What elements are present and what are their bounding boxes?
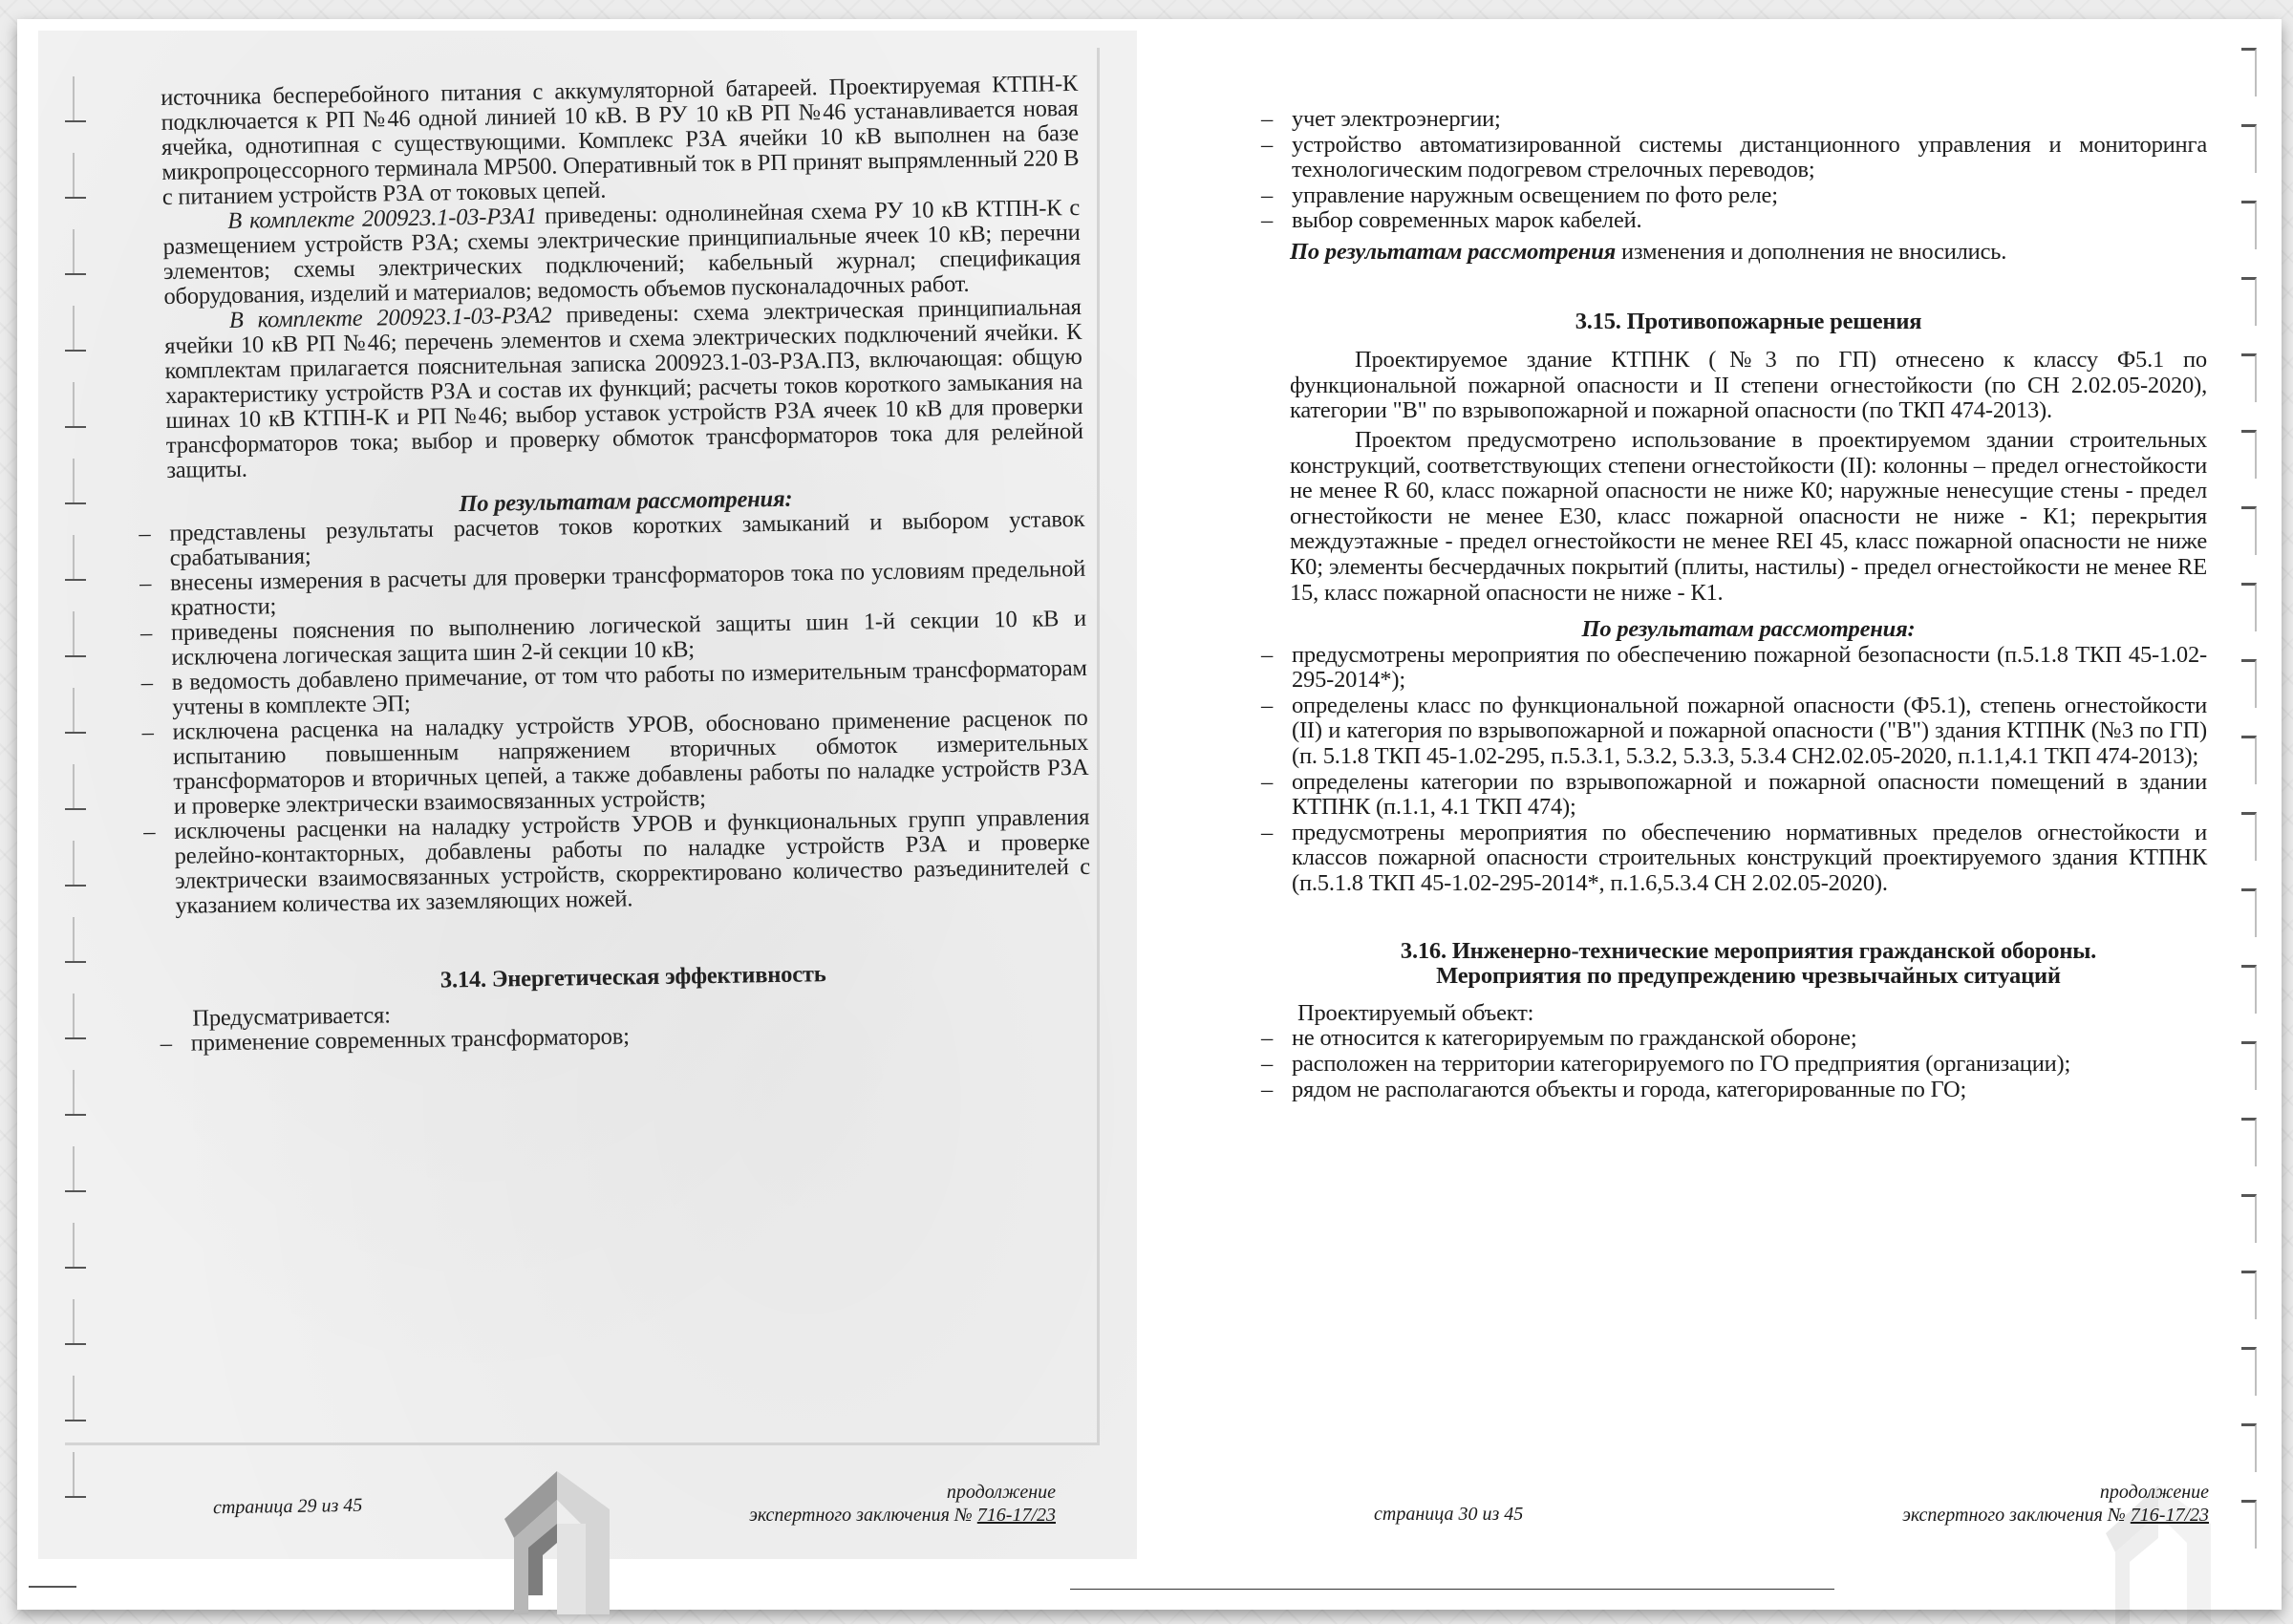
list-item: выбор современных марок кабелей. — [1261, 208, 2207, 234]
spiral-binding-left — [52, 57, 90, 1567]
organization-logo-icon — [504, 1471, 610, 1614]
binding-hole-icon — [2241, 888, 2257, 937]
list-item: учет электроэнергии; — [1261, 107, 2207, 133]
conclusion-number: 716-17/23 — [2131, 1505, 2209, 1526]
review-list: представлены результаты расчетов токов к… — [139, 507, 1090, 919]
divider — [29, 1586, 76, 1588]
binding-hole-icon — [2241, 353, 2257, 402]
list-item: определены категории по взрывопожарной и… — [1261, 770, 2207, 821]
binding-hole-icon — [73, 611, 88, 657]
section-intro: Проектируемый объект: — [1290, 1001, 2207, 1027]
result-text: изменения и дополнения не вносились. — [1616, 239, 2006, 265]
section-list: не относится к категорируемым по граждан… — [1261, 1026, 2207, 1102]
section-heading-3-15: 3.15. Противопожарные решения — [1290, 310, 2207, 335]
binding-hole-icon — [2241, 1041, 2257, 1090]
section-subheading-3-16: Мероприятия по предупреждению чрезвычайн… — [1290, 964, 2207, 990]
page-left-body: источника бесперебойного питания с аккум… — [161, 72, 1093, 1057]
binding-hole-icon — [73, 76, 88, 122]
continued-list: учет электроэнергии; устройство автомати… — [1261, 107, 2207, 234]
list-item: управление наружным освещением по фото р… — [1261, 183, 2207, 209]
binding-hole-icon — [2241, 1500, 2257, 1549]
list-item: предусмотрены мероприятия по обеспечению… — [1261, 821, 2207, 897]
spiral-binding-right — [2234, 38, 2262, 1586]
list-item: рядом не располагаются объекты и города,… — [1261, 1078, 2207, 1103]
list-item: не относится к категорируемым по граждан… — [1261, 1026, 2207, 1052]
binding-hole-icon — [73, 306, 88, 352]
result-lead: По результатам рассмотрения — [1290, 239, 1616, 265]
continuation-prefix: экспертного заключения № — [1902, 1505, 2131, 1526]
result-line: По результатам рассмотрения изменения и … — [1290, 240, 2207, 266]
page-left: источника бесперебойного питания с аккум… — [17, 19, 1146, 1610]
divider — [1070, 1589, 1834, 1590]
binding-hole-icon — [73, 535, 88, 581]
kit2-paragraph: В комплекте 200923.1-03-РЗА2 приведены: … — [164, 295, 1084, 483]
binding-hole-icon — [73, 688, 88, 734]
continuation-prefix: экспертного заключения № — [749, 1505, 977, 1526]
binding-hole-icon — [73, 1223, 88, 1269]
list-item: исключены расценки на наладку устройств … — [143, 805, 1091, 920]
binding-hole-icon — [73, 994, 88, 1039]
binding-hole-icon — [73, 459, 88, 504]
page-number: страница 30 из 45 — [1374, 1503, 1523, 1526]
review-list: предусмотрены мероприятия по обеспечению… — [1261, 643, 2207, 897]
binding-hole-icon — [2241, 583, 2257, 631]
binding-hole-icon — [2241, 1118, 2257, 1166]
continuation-line1: продолжение — [654, 1481, 1056, 1504]
binding-hole-icon — [2241, 659, 2257, 708]
paragraph: источника бесперебойного питания с аккум… — [161, 72, 1080, 210]
binding-hole-icon — [73, 229, 88, 275]
page-number: страница 29 из 45 — [213, 1494, 363, 1519]
binding-hole-icon — [2241, 965, 2257, 1014]
binding-hole-icon — [2241, 201, 2257, 249]
binding-hole-icon — [73, 1376, 88, 1421]
binding-hole-icon — [2241, 736, 2257, 784]
list-item: расположен на территории категорируемого… — [1261, 1052, 2207, 1078]
binding-hole-icon — [73, 764, 88, 810]
binding-hole-icon — [2241, 506, 2257, 555]
binding-hole-icon — [2241, 430, 2257, 479]
continuation-note: продолжение экспертного заключения № 716… — [654, 1481, 1056, 1527]
binding-hole-icon — [2241, 1347, 2257, 1396]
continuation-note: продолжение экспертного заключения № 716… — [1808, 1481, 2209, 1527]
binding-hole-icon — [73, 1299, 88, 1345]
binding-hole-icon — [2241, 48, 2257, 96]
binding-hole-icon — [73, 917, 88, 963]
paragraph: Проектом предусмотрено использование в п… — [1290, 428, 2207, 606]
binding-hole-icon — [73, 153, 88, 199]
page-right: учет электроэнергии; устройство автомати… — [1146, 19, 2282, 1610]
list-item: определены класс по функциональной пожар… — [1261, 694, 2207, 770]
binding-hole-icon — [73, 1070, 88, 1116]
binding-hole-icon — [2241, 277, 2257, 326]
continuation-line2: экспертного заключения № 716-17/23 — [654, 1504, 1056, 1527]
binding-hole-icon — [2241, 1194, 2257, 1243]
document-spread: источника бесперебойного питания с аккум… — [17, 19, 2282, 1610]
kit1-paragraph: В комплекте 200923.1-03-РЗА1 приведены: … — [162, 196, 1082, 310]
binding-hole-icon — [73, 841, 88, 887]
section-heading-3-16: 3.16. Инженерно-технические мероприятия … — [1290, 939, 2207, 965]
binding-hole-icon — [2241, 124, 2257, 173]
list-item: исключена расценка на наладку устройств … — [141, 706, 1089, 821]
binding-hole-icon — [2241, 1271, 2257, 1319]
continuation-line1: продолжение — [1808, 1481, 2209, 1504]
review-heading: По результатам рассмотрения: — [1290, 617, 2207, 643]
binding-hole-icon — [73, 382, 88, 428]
continuation-line2: экспертного заключения № 716-17/23 — [1808, 1504, 2209, 1527]
binding-hole-icon — [2241, 812, 2257, 861]
binding-hole-icon — [2241, 1423, 2257, 1472]
list-item: устройство автоматизированной системы ди… — [1261, 133, 2207, 183]
page-right-body: учет электроэнергии; устройство автомати… — [1290, 107, 2207, 1102]
binding-hole-icon — [73, 1146, 88, 1192]
conclusion-number: 716-17/23 — [977, 1505, 1056, 1526]
section-heading-3-14: 3.14. Энергетическая эффективность — [175, 958, 1092, 997]
list-item: предусмотрены мероприятия по обеспечению… — [1261, 643, 2207, 694]
binding-hole-icon — [73, 1452, 88, 1498]
paragraph: Проектируемое здание КТПНК (№3 по ГП) от… — [1290, 348, 2207, 424]
